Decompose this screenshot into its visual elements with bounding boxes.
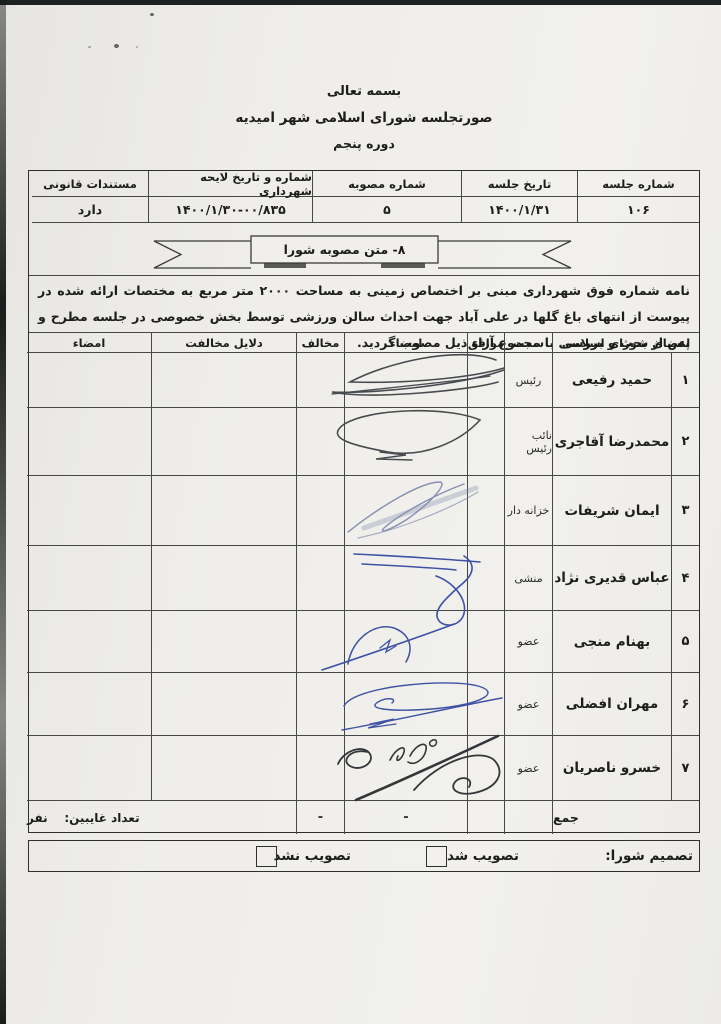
col-header-members: اعضای شورای اسلامی bbox=[552, 333, 699, 353]
agree-cell bbox=[467, 353, 504, 408]
signature2-cell bbox=[27, 611, 151, 673]
resolution-text: نامه شماره فوق شهرداری مبنی بر اختصاص زم… bbox=[29, 276, 699, 333]
scan-speck bbox=[136, 46, 138, 48]
session-info-table: شماره جلسه تاریخ جلسه شماره مصوبه شماره … bbox=[29, 171, 699, 223]
agree-cell bbox=[467, 673, 504, 736]
decision-label: تصمیم شورا: bbox=[605, 841, 693, 871]
document-header: بسمه تعالی صورتجلسه شورای اسلامی شهر امی… bbox=[28, 84, 700, 151]
legal-documentation-header: مستندات قانونی bbox=[32, 171, 148, 197]
resolution-number-header: شماره مصوبه bbox=[312, 171, 461, 197]
rejected-label: تصویب نشد bbox=[274, 841, 352, 871]
signature-cell bbox=[344, 546, 467, 611]
row-number: ۱ bbox=[671, 353, 699, 408]
session-number-value: ۱۰۶ bbox=[577, 197, 699, 223]
member-position: منشی bbox=[504, 546, 552, 611]
council-decision-row: تصمیم شورا: تصویب شد تصویب نشد bbox=[28, 840, 700, 872]
total-label: جمع bbox=[552, 801, 699, 834]
signature-cell bbox=[344, 408, 467, 476]
oppose-reasons-cell bbox=[151, 408, 296, 476]
signature2-cell bbox=[27, 353, 151, 408]
oppose-cell bbox=[296, 736, 344, 801]
signature2-cell bbox=[27, 546, 151, 611]
agree-cell bbox=[467, 611, 504, 673]
scan-speck bbox=[88, 46, 91, 48]
member-position: عضو bbox=[504, 611, 552, 673]
signature2-cell bbox=[27, 408, 151, 476]
document-title: صورتجلسه شورای اسلامی شهر امیدیه bbox=[28, 110, 700, 126]
signature-cell bbox=[344, 736, 467, 801]
signature-cell bbox=[344, 673, 467, 736]
oppose-cell bbox=[296, 546, 344, 611]
scan-speck bbox=[150, 13, 154, 16]
oppose-cell bbox=[296, 353, 344, 408]
agree-cell bbox=[467, 546, 504, 611]
session-date-header: تاریخ جلسه bbox=[461, 171, 577, 197]
member-name: محمدرضا آقاجری bbox=[552, 408, 671, 476]
member-name: حمید رفیعی bbox=[552, 353, 671, 408]
row-number: ۴ bbox=[671, 546, 699, 611]
signature-cell bbox=[344, 611, 467, 673]
rejected-checkbox bbox=[256, 846, 277, 867]
legal-documentation-value: دارد bbox=[32, 197, 148, 223]
col-header-position: سمت bbox=[504, 333, 552, 353]
council-term: دوره پنجم bbox=[28, 136, 700, 151]
members-votes-table: اعضای شورای اسلامی سمت موافق امضاء مخالف… bbox=[29, 333, 699, 834]
agree-cell bbox=[467, 408, 504, 476]
oppose-reasons-cell bbox=[151, 353, 296, 408]
col-header-oppose-reasons: دلایل مخالفت bbox=[151, 333, 296, 353]
row-number: ۳ bbox=[671, 476, 699, 546]
bismillah-text: بسمه تعالی bbox=[28, 84, 700, 99]
member-position: عضو bbox=[504, 736, 552, 801]
oppose-reasons-cell bbox=[151, 546, 296, 611]
summary-signature-dash: - bbox=[344, 801, 467, 834]
oppose-reasons-cell bbox=[151, 611, 296, 673]
member-name: بهنام منجی bbox=[552, 611, 671, 673]
signature-cell bbox=[344, 353, 467, 408]
agree-cell bbox=[467, 736, 504, 801]
summary-position-cell bbox=[504, 801, 552, 834]
oppose-cell bbox=[296, 408, 344, 476]
summary-agree-cell bbox=[467, 801, 504, 834]
signature2-cell bbox=[27, 476, 151, 546]
scan-speck bbox=[114, 44, 119, 48]
bill-number-date-value: ۱۴۰۰/۱/۳۰-۰۰/۸۳۵ bbox=[148, 197, 312, 223]
banner-title: ۸- متن مصوبه شورا bbox=[251, 236, 438, 263]
oppose-reasons-cell bbox=[151, 673, 296, 736]
oppose-reasons-cell bbox=[151, 736, 296, 801]
row-number: ۷ bbox=[671, 736, 699, 801]
col-header-agree: موافق bbox=[467, 333, 504, 353]
member-position: نائب رئیس bbox=[504, 408, 552, 476]
oppose-cell bbox=[296, 476, 344, 546]
member-position: رئیس bbox=[504, 353, 552, 408]
member-name: خسرو ناصریان bbox=[552, 736, 671, 801]
summary-oppose-dash: - bbox=[296, 801, 344, 834]
row-number: ۵ bbox=[671, 611, 699, 673]
resolution-banner: ۸- متن مصوبه شورا bbox=[29, 223, 699, 276]
member-position: خزانه دار bbox=[504, 476, 552, 546]
member-name: عباس قدیری نژاد bbox=[552, 546, 671, 611]
session-date-value: ۱۴۰۰/۱/۳۱ bbox=[461, 197, 577, 223]
signature-cell bbox=[344, 476, 467, 546]
scan-edge-top bbox=[0, 0, 721, 5]
signature2-cell bbox=[27, 673, 151, 736]
approved-checkbox bbox=[426, 846, 447, 867]
session-number-header: شماره جلسه bbox=[577, 171, 699, 197]
member-name: ایمان شریفات bbox=[552, 476, 671, 546]
member-name: مهران افضلی bbox=[552, 673, 671, 736]
scan-edge-left bbox=[0, 0, 6, 1024]
bill-number-date-header: شماره و تاریخ لایحه شهرداری bbox=[148, 171, 312, 197]
col-header-signature: امضاء bbox=[344, 333, 467, 353]
oppose-cell bbox=[296, 673, 344, 736]
signature2-cell bbox=[27, 736, 151, 801]
main-form-table: شماره جلسه تاریخ جلسه شماره مصوبه شماره … bbox=[28, 170, 700, 833]
member-position: عضو bbox=[504, 673, 552, 736]
row-number: ۲ bbox=[671, 408, 699, 476]
absentees-count: تعداد غایبین: نفر bbox=[27, 801, 296, 834]
oppose-cell bbox=[296, 611, 344, 673]
scanned-document-page: بسمه تعالی صورتجلسه شورای اسلامی شهر امی… bbox=[0, 0, 721, 1024]
oppose-reasons-cell bbox=[151, 476, 296, 546]
agree-cell bbox=[467, 476, 504, 546]
row-number: ۶ bbox=[671, 673, 699, 736]
col-header-oppose: مخالف bbox=[296, 333, 344, 353]
col-header-signature2: امضاء bbox=[27, 333, 151, 353]
approved-label: تصویب شد bbox=[447, 841, 519, 871]
resolution-number-value: ۵ bbox=[312, 197, 461, 223]
